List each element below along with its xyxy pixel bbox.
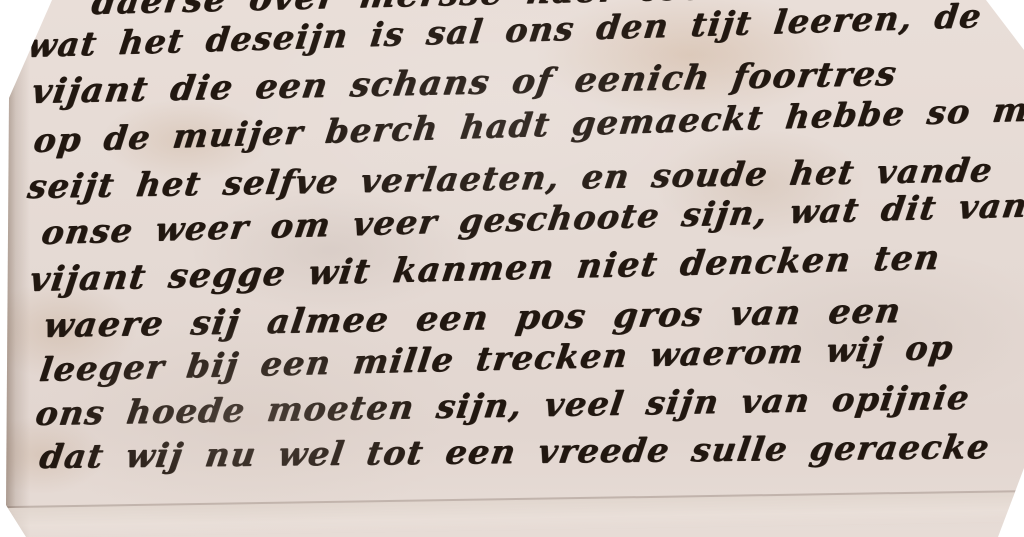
manuscript-line-11: dat wij nu wel tot een vreede sulle gera…	[37, 427, 993, 476]
handwritten-text-block: daerse over mersse naer toe wat het dese…	[0, 0, 1024, 537]
manuscript-page: daerse over mersse naer toe wat het dese…	[0, 0, 1024, 537]
manuscript-line-10: ons hoede moeten sijn, veel sijn van opi…	[33, 378, 973, 433]
